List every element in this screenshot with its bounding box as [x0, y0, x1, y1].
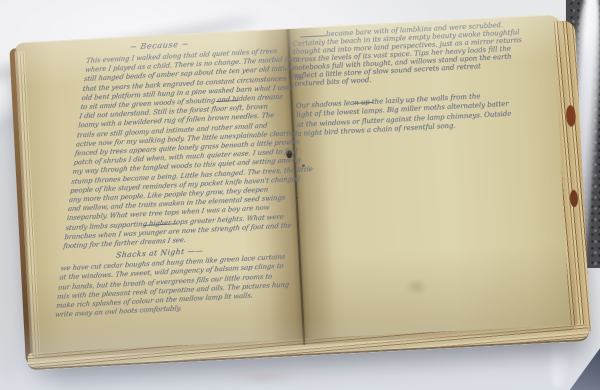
ink-blot — [296, 197, 298, 199]
journal-book: ~ Because ~ This evening I walked along … — [14, 14, 578, 359]
photo-canvas: ~ Because ~ This evening I walked along … — [0, 0, 600, 390]
page-smudge — [405, 278, 428, 295]
left-page: ~ Because ~ This evening I walked along … — [54, 33, 284, 320]
page-edges-bottom — [27, 324, 589, 370]
right-page-paragraph: Our shadows lean up the lazily up the wa… — [296, 88, 560, 139]
fabric-smudge — [230, 370, 300, 384]
right-page: became bare with of lambkins and were sc… — [292, 18, 559, 139]
dark-object — [569, 345, 600, 390]
